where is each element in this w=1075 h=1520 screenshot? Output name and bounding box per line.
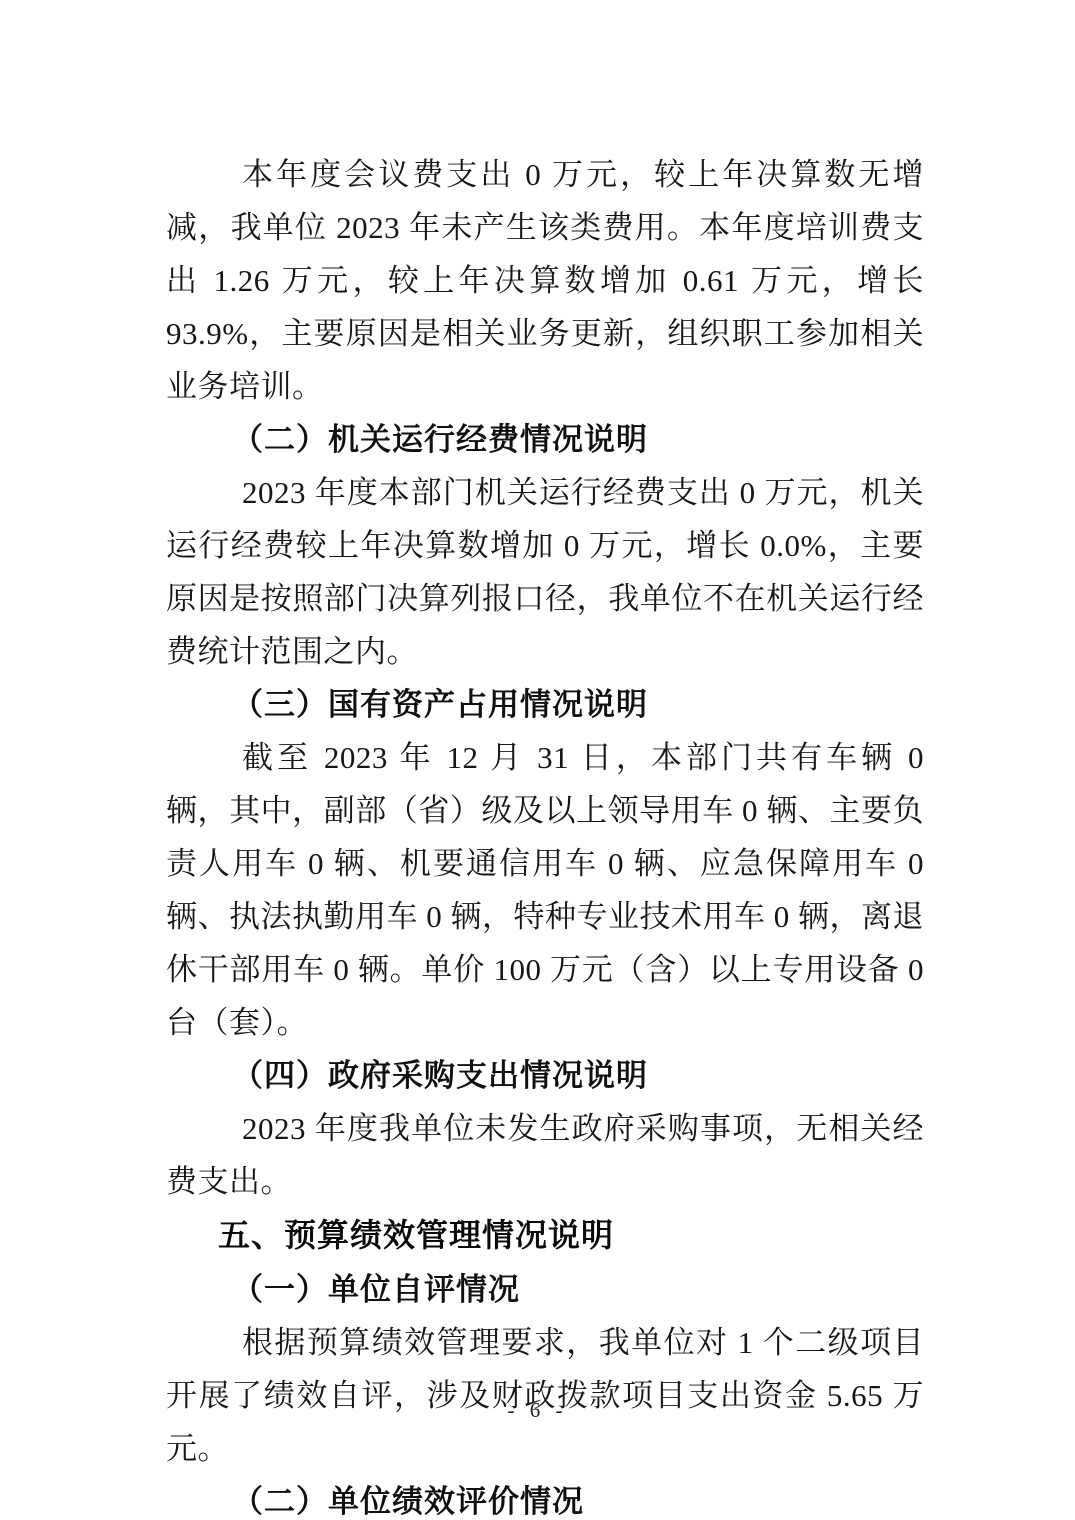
section-heading-budget-performance: 五、预算绩效管理情况说明 bbox=[166, 1208, 924, 1263]
body-paragraph-operating-funds: 2023 年度本部门机关运行经费支出 0 万元，机关运行经费较上年决算数增加 0… bbox=[166, 466, 924, 678]
subsection-heading-self-evaluation: （一）单位自评情况 bbox=[166, 1263, 924, 1316]
document-page: 本年度会议费支出 0 万元，较上年决算数无增减，我单位 2023 年未产生该类费… bbox=[0, 0, 1075, 1520]
body-paragraph-government-procurement: 2023 年度我单位未发生政府采购事项，无相关经费支出。 bbox=[166, 1102, 924, 1208]
subsection-heading-government-procurement: （四）政府采购支出情况说明 bbox=[166, 1049, 924, 1102]
document-body: 本年度会议费支出 0 万元，较上年决算数无增减，我单位 2023 年未产生该类费… bbox=[166, 148, 924, 1520]
body-paragraph-self-evaluation: 根据预算绩效管理要求，我单位对 1 个二级项目开展了绩效自评，涉及财政拨款项目支… bbox=[166, 1316, 924, 1475]
subsection-heading-performance-evaluation: （二）单位绩效评价情况 bbox=[166, 1475, 924, 1520]
subsection-heading-operating-funds: （二）机关运行经费情况说明 bbox=[166, 413, 924, 466]
page-number: - 6 - bbox=[0, 1398, 1075, 1423]
body-paragraph-state-assets: 截至 2023 年 12 月 31 日，本部门共有车辆 0 辆，其中，副部（省）… bbox=[166, 731, 924, 1049]
body-paragraph-meeting-training-fees: 本年度会议费支出 0 万元，较上年决算数无增减，我单位 2023 年未产生该类费… bbox=[166, 148, 924, 413]
subsection-heading-state-assets: （三）国有资产占用情况说明 bbox=[166, 678, 924, 731]
